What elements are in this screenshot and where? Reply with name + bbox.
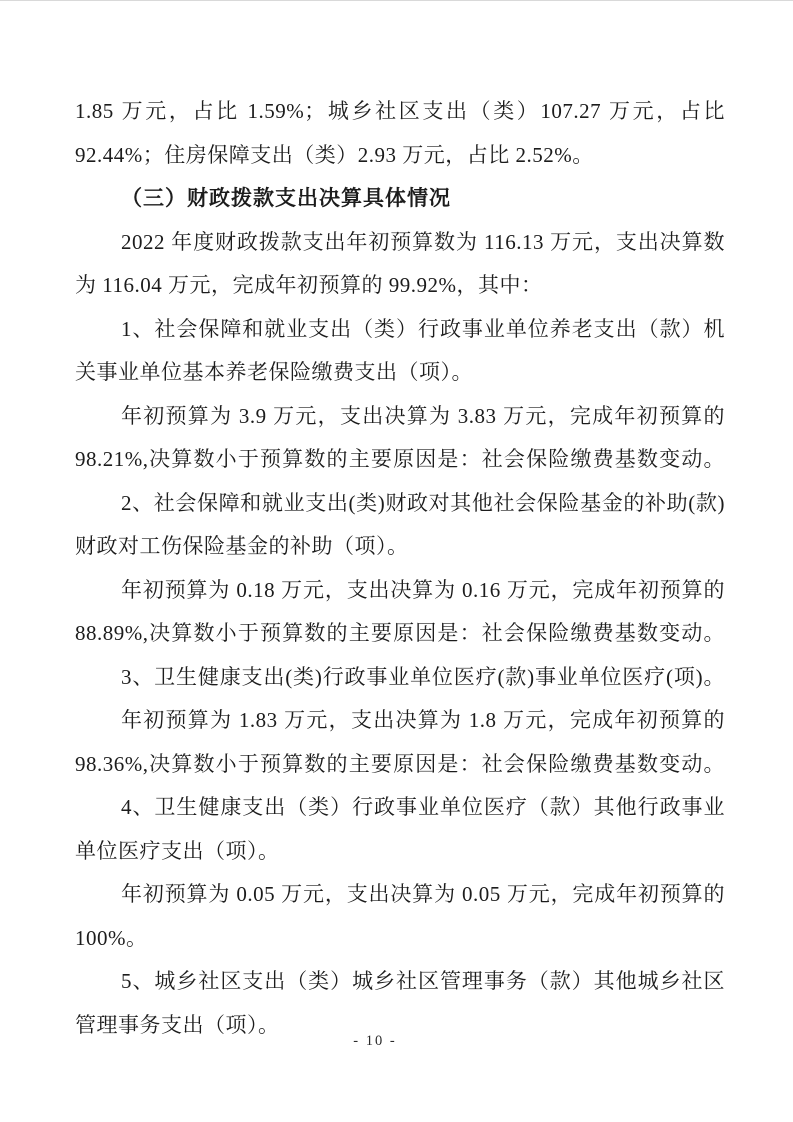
body-line: 财政对工伤保险基金的补助（项）。 (75, 525, 725, 569)
document-page: 1.85 万元，占比 1.59%；城乡社区支出（类）107.27 万元，占比 9… (0, 0, 793, 1122)
body-line: 3、卫生健康支出(类)行政事业单位医疗(款)事业单位医疗(项)。 (75, 656, 725, 700)
body-line: 关事业单位基本养老保险缴费支出（项）。 (75, 351, 725, 395)
body-line: 年初预算为 0.18 万元，支出决算为 0.16 万元，完成年初预算的 (75, 569, 725, 613)
body-line: 为 116.04 万元，完成年初预算的 99.92%，其中： (75, 264, 725, 308)
section-heading: （三）财政拨款支出决算具体情况 (75, 177, 725, 221)
body-line: 年初预算为 1.83 万元，支出决算为 1.8 万元，完成年初预算的 (75, 699, 725, 743)
document-body: 1.85 万元，占比 1.59%；城乡社区支出（类）107.27 万元，占比 9… (75, 90, 725, 1047)
body-line: 2022 年度财政拨款支出年初预算数为 116.13 万元，支出决算数 (75, 221, 725, 265)
body-line: 88.89%,决算数小于预算数的主要原因是：社会保险缴费基数变动。 (75, 612, 725, 656)
body-line: 1、社会保障和就业支出（类）行政事业单位养老支出（款）机 (75, 308, 725, 352)
body-line: 5、城乡社区支出（类）城乡社区管理事务（款）其他城乡社区 (75, 960, 725, 1004)
body-line: 年初预算为 3.9 万元，支出决算为 3.83 万元，完成年初预算的 (75, 395, 725, 439)
body-line: 2、社会保障和就业支出(类)财政对其他社会保险基金的补助(款) (75, 482, 725, 526)
body-line: 年初预算为 0.05 万元，支出决算为 0.05 万元，完成年初预算的 (75, 873, 725, 917)
body-line: 1.85 万元，占比 1.59%；城乡社区支出（类）107.27 万元，占比 (75, 90, 725, 134)
page-number: - 10 - (353, 1033, 396, 1049)
body-line: 4、卫生健康支出（类）行政事业单位医疗（款）其他行政事业 (75, 786, 725, 830)
body-line: 98.36%,决算数小于预算数的主要原因是：社会保险缴费基数变动。 (75, 743, 725, 787)
body-line: 单位医疗支出（项）。 (75, 830, 725, 874)
body-line: 92.44%；住房保障支出（类）2.93 万元，占比 2.52%。 (75, 134, 725, 178)
body-line: 100%。 (75, 917, 725, 961)
body-line: 98.21%,决算数小于预算数的主要原因是：社会保险缴费基数变动。 (75, 438, 725, 482)
page-footer: - 10 - (0, 1033, 750, 1050)
